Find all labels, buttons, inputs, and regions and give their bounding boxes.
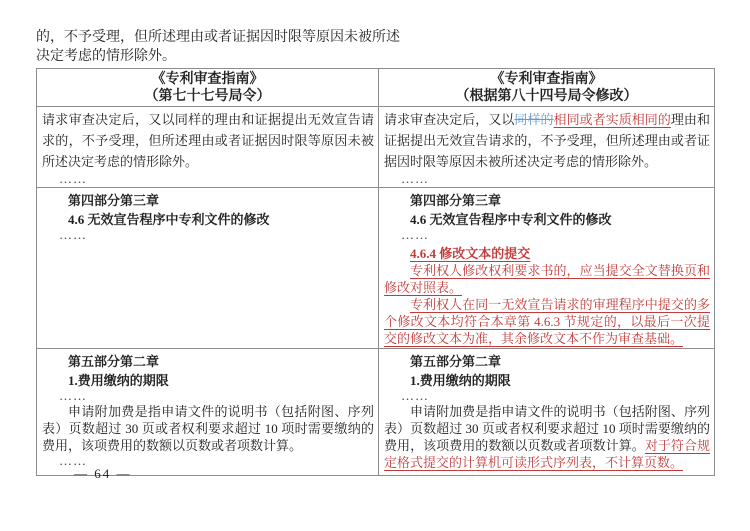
- cell-new-version: 请求审查决定后，又以同样的相同或者实质相同的理由和证据提出无效宣告请求的，不予受…: [379, 107, 715, 188]
- cell-old-version: 第四部分第三章4.6 无效宣告程序中专利文件的修改……: [37, 188, 379, 349]
- header-new-subtitle: （根据第八十四号局令修改）: [383, 88, 710, 105]
- ellipsis: ……: [384, 389, 710, 403]
- paragraph: 请求审查决定后，又以同样的相同或者实质相同的理由和证据提出无效宣告请求的，不予受…: [384, 109, 710, 172]
- section-heading: 4.6 无效宣告程序中专利文件的修改: [42, 211, 374, 228]
- section-heading: 第四部分第三章: [42, 192, 374, 209]
- header-old-version: 《专利审查指南》 （第七十七号局令）: [37, 69, 379, 107]
- section-heading: 1.费用缴纳的期限: [384, 372, 710, 389]
- inserted-text: 相同或者实质相同的: [554, 112, 671, 127]
- inserted-text: 专利权人在同一无效宣告请求的审理程序中提交的多个修改文本均符合本章第 4.6.3…: [384, 297, 710, 346]
- cell-new-version: 第五部分第二章1.费用缴纳的期限……申请附加费是指申请文件的说明书（包括附图、序…: [379, 349, 715, 476]
- table-row: 第四部分第三章4.6 无效宣告程序中专利文件的修改……第四部分第三章4.6 无效…: [37, 188, 715, 349]
- paragraph: 专利权人在同一无效宣告请求的审理程序中提交的多个修改文本均符合本章第 4.6.3…: [384, 296, 710, 347]
- table-body: 请求审查决定后，又以同样的理由和证据提出无效宣告请求的，不予受理，但所述理由或者…: [37, 107, 715, 476]
- page-number: — 64 —: [74, 466, 132, 482]
- section-heading: 第四部分第三章: [384, 192, 710, 209]
- table-row: 请求审查决定后，又以同样的理由和证据提出无效宣告请求的，不予受理，但所述理由或者…: [37, 107, 715, 188]
- deleted-text: 同样的: [514, 112, 553, 127]
- comparison-table: 《专利审查指南》 （第七十七号局令） 《专利审查指南》 （根据第八十四号局令修改…: [36, 68, 715, 476]
- continuation-line-1: 的，不予受理，但所述理由或者证据因时限等原因未被所述: [36, 28, 716, 47]
- section-heading: 1.费用缴纳的期限: [42, 372, 374, 389]
- cell-old-version: 请求审查决定后，又以同样的理由和证据提出无效宣告请求的，不予受理，但所述理由或者…: [37, 107, 379, 188]
- ellipsis: ……: [384, 172, 710, 186]
- continuation-line-2: 决定考虑的情形除外。: [36, 47, 716, 66]
- section-heading: 4.6 无效宣告程序中专利文件的修改: [384, 211, 710, 228]
- ellipsis: ……: [384, 228, 710, 242]
- header-new-title: 《专利审查指南》: [383, 71, 710, 88]
- inserted-heading: 4.6.4 修改文本的提交: [384, 245, 710, 262]
- table-header-row: 《专利审查指南》 （第七十七号局令） 《专利审查指南》 （根据第八十四号局令修改…: [37, 69, 715, 107]
- section-heading: 第五部分第二章: [384, 353, 710, 370]
- body-text: 请求审查决定后，又以同样的理由和证据提出无效宣告请求的，不予受理，但所述理由或者…: [42, 112, 374, 169]
- continuation-text: 的，不予受理，但所述理由或者证据因时限等原因未被所述 决定考虑的情形除外。: [36, 28, 716, 66]
- cell-new-version: 第四部分第三章4.6 无效宣告程序中专利文件的修改……4.6.4 修改文本的提交…: [379, 188, 715, 349]
- paragraph: 请求审查决定后，又以同样的理由和证据提出无效宣告请求的，不予受理，但所述理由或者…: [42, 109, 374, 172]
- header-old-subtitle: （第七十七号局令）: [41, 88, 374, 105]
- body-text: 申请附加费是指申请文件的说明书（包括附图、序列表）页数超过 30 页或者权利要求…: [42, 404, 374, 453]
- cell-old-version: 第五部分第二章1.费用缴纳的期限……申请附加费是指申请文件的说明书（包括附图、序…: [37, 349, 379, 476]
- ellipsis: ……: [42, 228, 374, 242]
- document-page: 的，不予受理，但所述理由或者证据因时限等原因未被所述 决定考虑的情形除外。 《专…: [0, 0, 750, 531]
- table-row: 第五部分第二章1.费用缴纳的期限……申请附加费是指申请文件的说明书（包括附图、序…: [37, 349, 715, 476]
- section-heading: 第五部分第二章: [42, 353, 374, 370]
- inserted-text: 专利权人修改权利要求书的，应当提交全文替换页和修改对照表。: [384, 263, 710, 295]
- header-new-version: 《专利审查指南》 （根据第八十四号局令修改）: [379, 69, 715, 107]
- body-text: 请求审查决定后，又以: [384, 112, 514, 127]
- paragraph: 专利权人修改权利要求书的，应当提交全文替换页和修改对照表。: [384, 262, 710, 296]
- ellipsis: ……: [42, 389, 374, 403]
- paragraph: 申请附加费是指申请文件的说明书（包括附图、序列表）页数超过 30 页或者权利要求…: [384, 403, 710, 471]
- paragraph: 申请附加费是指申请文件的说明书（包括附图、序列表）页数超过 30 页或者权利要求…: [42, 403, 374, 454]
- ellipsis: ……: [42, 172, 374, 186]
- header-old-title: 《专利审查指南》: [41, 71, 374, 88]
